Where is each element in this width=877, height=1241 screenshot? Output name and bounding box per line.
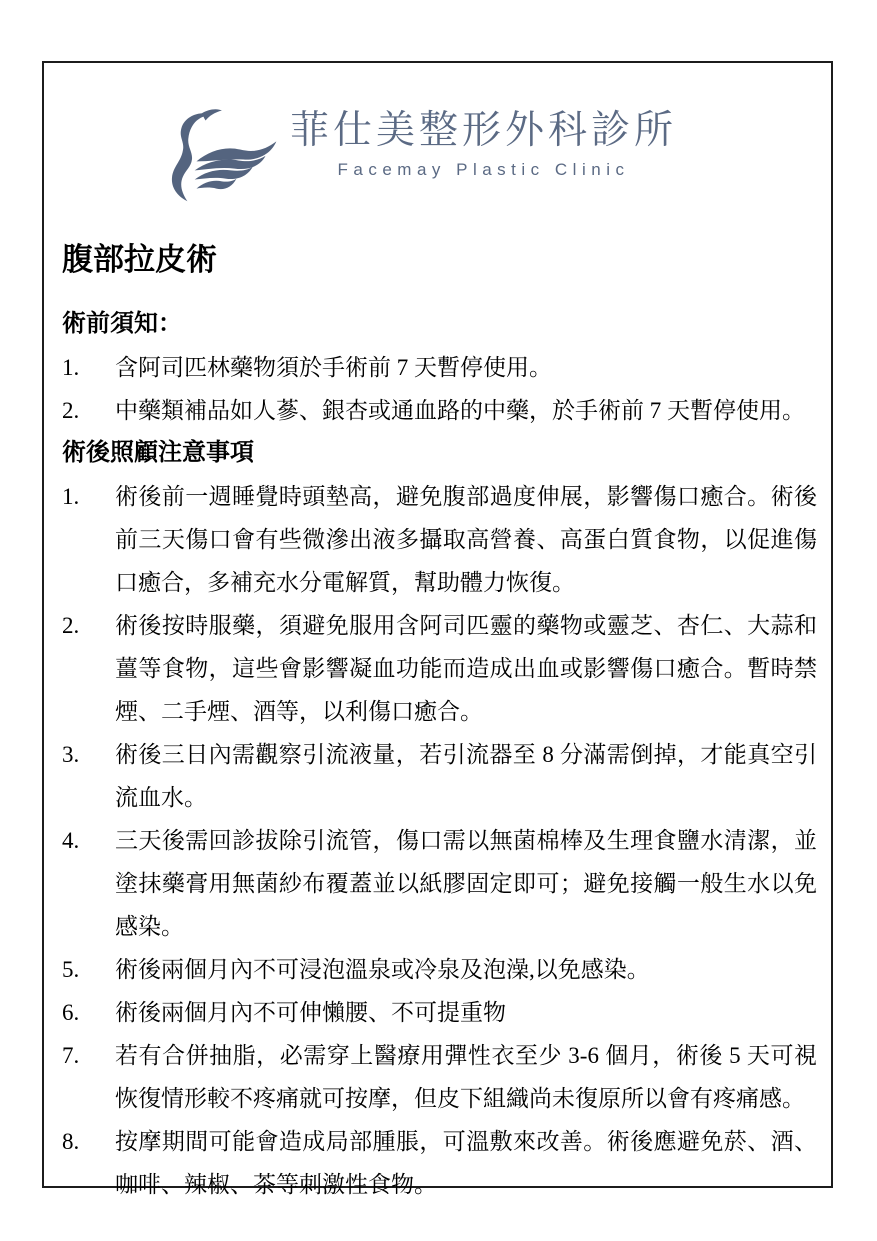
list-item-text: 若有合併抽脂，必需穿上醫療用彈性衣至少 3-6 個月，術後 5 天可視恢復情形較… — [115, 1034, 817, 1120]
list-item: 2.中藥類補品如人蔘、銀杏或通血路的中藥，於手術前 7 天暫停使用。 — [62, 389, 817, 432]
page-border-frame: 菲仕美整形外科診所 Facemay Plastic Clinic 腹部拉皮術 術… — [42, 61, 833, 1188]
page-title: 腹部拉皮術 — [62, 239, 817, 281]
document-page: 菲仕美整形外科診所 Facemay Plastic Clinic 腹部拉皮術 術… — [0, 0, 877, 1241]
list-item: 1.術後前一週睡覺時頭墊高，避免腹部過度伸展，影響傷口癒合。術後前三天傷口會有些… — [62, 475, 817, 604]
list-item-text: 術後前一週睡覺時頭墊高，避免腹部過度伸展，影響傷口癒合。術後前三天傷口會有些微滲… — [115, 475, 817, 604]
list-item: 4.三天後需回診拔除引流管，傷口需以無菌棉棒及生理食鹽水清潔，並塗抹藥膏用無菌紗… — [62, 819, 817, 948]
list-item: 6.術後兩個月內不可伸懶腰、不可提重物 — [62, 991, 817, 1034]
sections: 術前須知：1.含阿司匹林藥物須於手術前 7 天暫停使用。2.中藥類補品如人蔘、銀… — [62, 303, 817, 1206]
list-item-number: 2. — [62, 604, 115, 733]
list-item: 3.術後三日內需觀察引流液量，若引流器至 8 分滿需倒掉，才能真空引流血水。 — [62, 733, 817, 819]
list-item-text: 按摩期間可能會造成局部腫脹，可溫敷來改善。術後應避免菸、酒、咖啡、辣椒、茶等刺激… — [115, 1120, 817, 1206]
list-item-text: 中藥類補品如人蔘、銀杏或通血路的中藥，於手術前 7 天暫停使用。 — [115, 389, 817, 432]
list-item: 8.按摩期間可能會造成局部腫脹，可溫敷來改善。術後應避免菸、酒、咖啡、辣椒、茶等… — [62, 1120, 817, 1206]
clinic-name-zh: 菲仕美整形外科診所 — [290, 105, 677, 157]
section-heading-0: 術前須知： — [62, 303, 817, 346]
list-item: 5.術後兩個月內不可浸泡溫泉或冷泉及泡澡,以免感染。 — [62, 948, 817, 991]
swan-wave-icon — [162, 105, 280, 205]
list-item: 7.若有合併抽脂，必需穿上醫療用彈性衣至少 3-6 個月，術後 5 天可視恢復情… — [62, 1034, 817, 1120]
list-item: 2.術後按時服藥，須避免服用含阿司匹靈的藥物或靈芝、杏仁、大蒜和薑等食物，這些會… — [62, 604, 817, 733]
list-item-number: 4. — [62, 819, 115, 948]
list-item-number: 3. — [62, 733, 115, 819]
list-item-number: 7. — [62, 1034, 115, 1120]
list-item-number: 2. — [62, 389, 115, 432]
list-item-number: 5. — [62, 948, 115, 991]
clinic-name-en: Facemay Plastic Clinic — [337, 158, 629, 182]
list-item-text: 含阿司匹林藥物須於手術前 7 天暫停使用。 — [115, 346, 817, 389]
list-item-number: 6. — [62, 991, 115, 1034]
list-item-number: 1. — [62, 475, 115, 604]
section-heading-1: 術後照顧注意事項 — [62, 432, 817, 475]
list-item-text: 術後按時服藥，須避免服用含阿司匹靈的藥物或靈芝、杏仁、大蒜和薑等食物，這些會影響… — [115, 604, 817, 733]
list-item-text: 三天後需回診拔除引流管，傷口需以無菌棉棒及生理食鹽水清潔，並塗抹藥膏用無菌紗布覆… — [115, 819, 817, 948]
list-item-number: 1. — [62, 346, 115, 389]
list-item-text: 術後兩個月內不可伸懶腰、不可提重物 — [115, 991, 817, 1034]
list-item-text: 術後兩個月內不可浸泡溫泉或冷泉及泡澡,以免感染。 — [115, 948, 817, 991]
clinic-logo-text: 菲仕美整形外科診所 Facemay Plastic Clinic — [290, 105, 677, 182]
list-item-number: 8. — [62, 1120, 115, 1206]
list-item-text: 術後三日內需觀察引流液量，若引流器至 8 分滿需倒掉，才能真空引流血水。 — [115, 733, 817, 819]
list-item: 1.含阿司匹林藥物須於手術前 7 天暫停使用。 — [62, 346, 817, 389]
clinic-logo: 菲仕美整形外科診所 Facemay Plastic Clinic — [62, 105, 777, 205]
